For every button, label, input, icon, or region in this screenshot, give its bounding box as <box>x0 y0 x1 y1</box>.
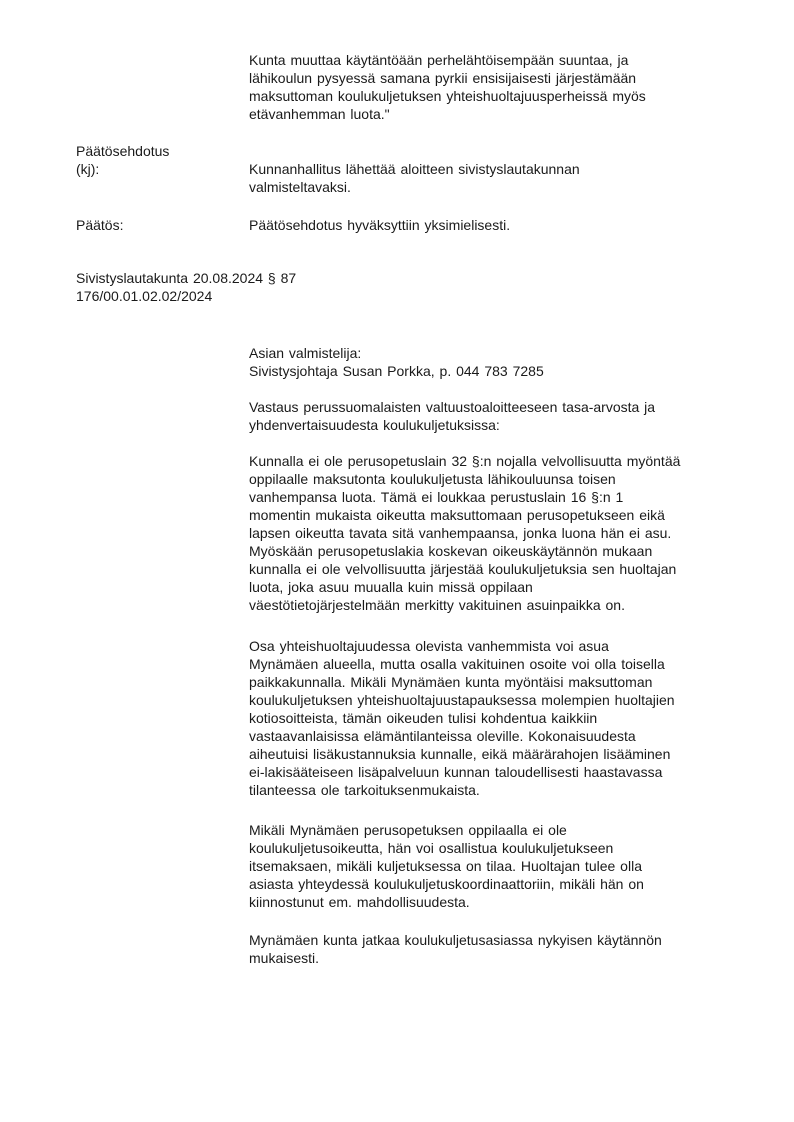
preparer-label: Asian valmistelija: <box>249 344 544 362</box>
paragraph: Vastaus perussuomalaisten valtuustoaloit… <box>249 398 655 434</box>
text-line: momentin mukaista oikeutta maksuttomaan … <box>249 506 680 524</box>
text-line: aiheutuisi lisäkustannuksia kunnalle, ei… <box>249 745 675 763</box>
paragraph: Kunnalla ei ole perusopetuslain 32 §:n n… <box>249 452 680 614</box>
text-line: paikkakunnalla. Mikäli Mynämäen kunta my… <box>249 673 675 691</box>
text-line: ei-lakisääteiseen lisäpalveluun kunnan t… <box>249 763 675 781</box>
text-line: oppilaalle maksutonta koulukuljetusta lä… <box>249 470 680 488</box>
text-line: lähikoulun pysyessä samana pyrkii ensisi… <box>249 69 646 87</box>
text-line: Mynämäen alueella, mutta osalla vakituin… <box>249 655 675 673</box>
text-line: koulukuljetusoikeutta, hän voi osallistu… <box>249 839 644 857</box>
text-line: (kj): <box>76 160 169 178</box>
text-line: vanhempansa luota. Tämä ei loukkaa perus… <box>249 488 680 506</box>
text-line: koulukuljetuksen yhteishuoltajuustapauks… <box>249 691 675 709</box>
document-page: Kunta muuttaa käytäntöään perhelähtöisem… <box>0 0 794 1122</box>
text-line: Vastaus perussuomalaisten valtuustoaloit… <box>249 398 655 416</box>
text-line: lapsen oikeutta tavata sitä vanhempaansa… <box>249 524 680 542</box>
record-number: 176/00.01.02.02/2024 <box>76 287 296 305</box>
paragraph: Mikäli Mynämäen perusopetuksen oppilaall… <box>249 821 644 911</box>
text-line: vastaavanlaisissa elämäntilanteissa olev… <box>249 727 675 745</box>
committee-meeting: Sivistyslautakunta 20.08.2024 § 87 <box>76 269 296 287</box>
quote-continuation: Kunta muuttaa käytäntöään perhelähtöisem… <box>249 51 646 123</box>
text-line: yhdenvertaisuudesta koulukuljetuksissa: <box>249 416 655 434</box>
text-line: kunnalla ei ole velvollisuutta järjestää… <box>249 560 680 578</box>
preparer: Asian valmistelija: Sivistysjohtaja Susa… <box>249 344 544 380</box>
paragraph: Mynämäen kunta jatkaa koulukuljetusasias… <box>249 931 662 967</box>
text-line: kiinnostunut em. mahdollisuudesta. <box>249 893 644 911</box>
text-line: Mikäli Mynämäen perusopetuksen oppilaall… <box>249 821 644 839</box>
section-header: Sivistyslautakunta 20.08.2024 § 87 176/0… <box>76 269 296 305</box>
text-line: luota, joka asuu muualla kuin missä oppi… <box>249 578 680 596</box>
text-line: Päätösehdotus <box>76 142 169 160</box>
preparer-name: Sivistysjohtaja Susan Porkka, p. 044 783… <box>249 362 544 380</box>
text-line: etävanhemman luota." <box>249 105 646 123</box>
text-line: maksuttoman koulukuljetuksen yhteishuolt… <box>249 87 646 105</box>
text-line: itsemaksaen, mikäli kuljetuksessa on til… <box>249 857 644 875</box>
text-line: Myöskään perusopetuslakia koskevan oikeu… <box>249 542 680 560</box>
text-line: väestötietojärjestelmään merkitty vakitu… <box>249 596 680 614</box>
text-line: mukaisesti. <box>249 949 662 967</box>
decision-text: Päätösehdotus hyväksyttiin yksimielisest… <box>249 216 510 234</box>
text-line: Kunnalla ei ole perusopetuslain 32 §:n n… <box>249 452 680 470</box>
text-line: kotiosoitteista, tämän oikeuden tulisi k… <box>249 709 675 727</box>
text-line: Kunta muuttaa käytäntöään perhelähtöisem… <box>249 51 646 69</box>
paragraph: Osa yhteishuoltajuudessa olevista vanhem… <box>249 637 675 799</box>
text-line: Osa yhteishuoltajuudessa olevista vanhem… <box>249 637 675 655</box>
text-line: valmisteltavaksi. <box>249 178 580 196</box>
text-line: tilanteessa ole tarkoituksenmukaista. <box>249 781 675 799</box>
text-line: Kunnanhallitus lähettää aloitteen sivist… <box>249 160 580 178</box>
text-line: asiasta yhteydessä koulukuljetuskoordina… <box>249 875 644 893</box>
text-line: Mynämäen kunta jatkaa koulukuljetusasias… <box>249 931 662 949</box>
proposal-label: Päätösehdotus (kj): <box>76 142 169 178</box>
proposal-text: Kunnanhallitus lähettää aloitteen sivist… <box>249 160 580 196</box>
decision-label: Päätös: <box>76 216 123 234</box>
